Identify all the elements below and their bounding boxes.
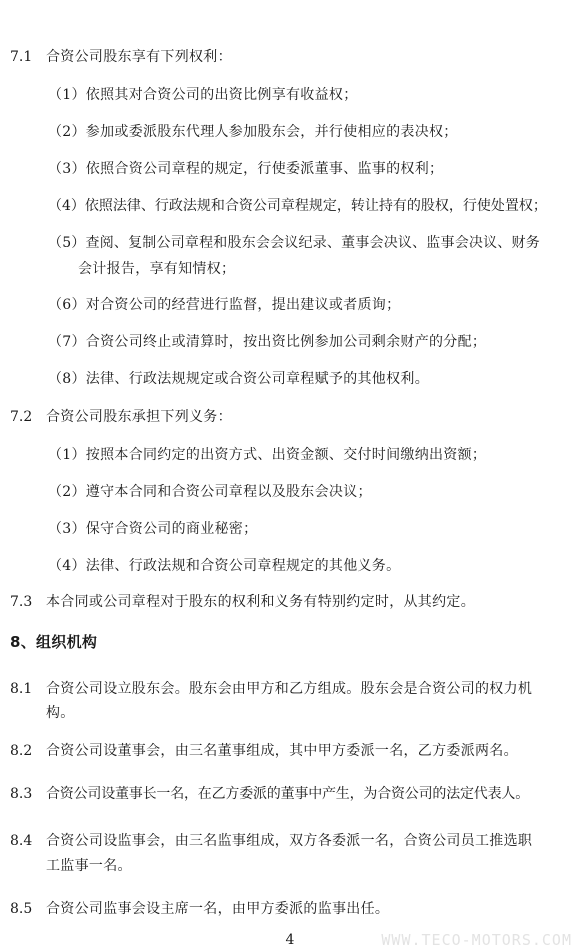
clause-text: 合资公司设立股东会。股东会由甲方和乙方组成。股东会是合资公司的权力机 bbox=[46, 680, 532, 698]
clause-number: 8.2 bbox=[10, 742, 32, 760]
clause-number: 8.4 bbox=[10, 832, 32, 850]
list-item: （1）依照其对合资公司的出资比例享有收益权； bbox=[48, 86, 358, 104]
list-item: （3）依照合资公司章程的规定，行使委派董事、监事的权利； bbox=[48, 160, 443, 178]
clause-text: 合资公司设董事长一名，在乙方委派的董事中产生，为合资公司的法定代表人。 bbox=[46, 785, 529, 803]
list-item: （5）查阅、复制公司章程和股东会会议纪录、董事会决议、监事会决议、财务 bbox=[48, 234, 540, 252]
list-item: （4）依照法律、行政法规和合资公司章程规定，转让持有的股权，行使处置权； bbox=[48, 197, 547, 215]
section-heading: 8、组织机构 bbox=[10, 633, 97, 651]
clause-number: 8.5 bbox=[10, 900, 32, 918]
clause-text: 本合同或公司章程对于股东的权利和义务有特别约定时，从其约定。 bbox=[46, 593, 475, 611]
clause-title: 合资公司股东享有下列权利： bbox=[46, 48, 232, 66]
list-item: （1）按照本合同约定的出资方式、出资金额、交付时间缴纳出资额； bbox=[48, 446, 486, 464]
list-item-continuation: 会计报告，享有知情权； bbox=[78, 260, 235, 278]
clause-number: 8.1 bbox=[10, 680, 32, 698]
clause-text-continuation: 工监事一名。 bbox=[46, 857, 132, 875]
clause-title: 合资公司股东承担下列义务： bbox=[46, 408, 232, 426]
list-item: （7）合资公司终止或清算时，按出资比例参加公司剩余财产的分配； bbox=[48, 333, 486, 351]
clause-text: 合资公司监事会设主席一名，由甲方委派的监事出任。 bbox=[46, 900, 389, 918]
clause-number: 7.3 bbox=[10, 593, 32, 611]
list-item: （6）对合资公司的经营进行监督，提出建议或者质询； bbox=[48, 296, 400, 314]
clause-number: 7.1 bbox=[10, 48, 32, 66]
list-item: （4）法律、行政法规和合资公司章程规定的其他义务。 bbox=[48, 557, 400, 575]
clause-text: 合资公司设监事会，由三名监事组成，双方各委派一名，合资公司员工推选职 bbox=[46, 832, 532, 850]
clause-text: 合资公司设董事会，由三名董事组成，其中甲方委派一名，乙方委派两名。 bbox=[46, 742, 518, 760]
watermark: WWW.TECO-MOTORS.COM bbox=[381, 931, 572, 949]
clause-number: 7.2 bbox=[10, 408, 32, 426]
list-item: （8）法律、行政法规规定或合资公司章程赋予的其他权利。 bbox=[48, 370, 429, 388]
clause-number: 8.3 bbox=[10, 785, 32, 803]
list-item: （2）遵守本合同和合资公司章程以及股东会决议； bbox=[48, 483, 372, 501]
list-item: （2）参加或委派股东代理人参加股东会，并行使相应的表决权； bbox=[48, 123, 458, 141]
list-item: （3）保守合资公司的商业秘密； bbox=[48, 520, 257, 538]
clause-text-continuation: 构。 bbox=[46, 704, 75, 722]
